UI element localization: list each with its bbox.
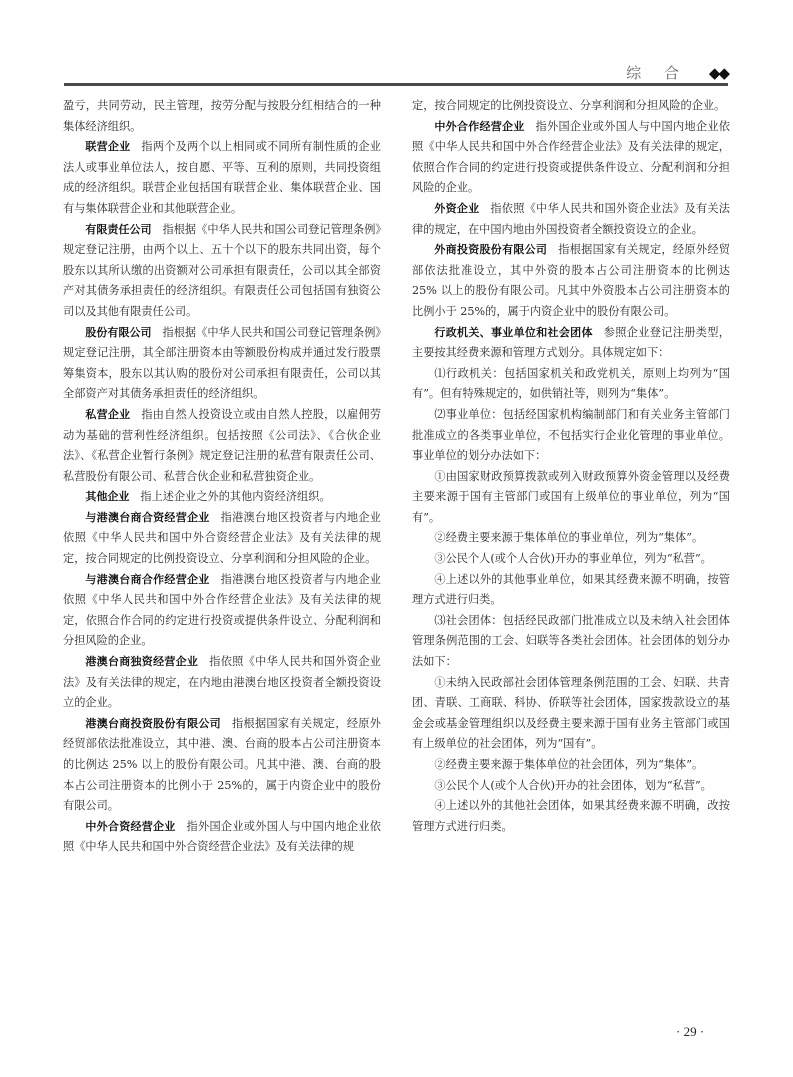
list-item: ②经费主要来源于集体单位的社会团体，列为“集体”。 xyxy=(412,755,730,776)
left-column: 盈亏，共同劳动，民主管理，按劳分配与按股分红相结合的一种集体经济组织。 联营企业… xyxy=(63,96,381,858)
term-heading: 港澳台商投资股份有限公司 xyxy=(85,717,221,730)
page-number: · 29 · xyxy=(676,1024,704,1040)
term-heading: 中外合资经营企业 xyxy=(85,820,175,833)
paragraph-text: 指根据《中华人民共和国公司登记管理条例》规定登记注册，由两个以上、五十个以下的股… xyxy=(63,223,381,318)
paragraph-text: 定，按合同规定的比例投资设立、分享利润和分担风险的企业。 xyxy=(412,99,725,112)
term-heading: 与港澳台商合作经营企业 xyxy=(85,573,209,586)
paragraph-text: ①由国家财政预算拨款或列入财政预算外资金管理以及经费主要来源于国有主管部门或国有… xyxy=(412,470,730,524)
paragraph: 有限责任公司指根据《中华人民共和国公司登记管理条例》规定登记注册，由两个以上、五… xyxy=(63,220,381,323)
paragraph-text: ③公民个人(或个人合伙)开办的社会团体，划为“私营”。 xyxy=(434,779,711,792)
paragraph-text: ③公民个人(或个人合伙)开办的事业单位，列为“私营”。 xyxy=(434,552,711,565)
paragraph: 股份有限公司指根据《中华人民共和国公司登记管理条例》规定登记注册，其全部注册资本… xyxy=(63,323,381,405)
paragraph: 定，按合同规定的比例投资设立、分享利润和分担风险的企业。 xyxy=(412,96,730,117)
list-item: ④上述以外的其他事业单位，如果其经费来源不明确，按管理方式进行归类。 xyxy=(412,570,730,611)
list-item: ①由国家财政预算拨款或列入财政预算外资金管理以及经费主要来源于国有主管部门或国有… xyxy=(412,467,730,529)
list-item: ⑵事业单位：包括经国家机构编制部门和有关业务主管部门批准成立的各类事业单位，不包… xyxy=(412,405,730,467)
paragraph-text: ⑵事业单位：包括经国家机构编制部门和有关业务主管部门批准成立的各类事业单位，不包… xyxy=(412,408,730,462)
list-item: ①未纳入民政部社会团体管理条例范围的工会、妇联、共青团、青联、工商联、科协、侨联… xyxy=(412,673,730,755)
paragraph: 行政机关、事业单位和社会团体参照企业登记注册类型，主要按其经费来源和管理方式划分… xyxy=(412,323,730,364)
term-heading: 私营企业 xyxy=(85,408,130,421)
list-item: ③公民个人(或个人合伙)开办的事业单位，列为“私营”。 xyxy=(412,549,730,570)
paragraph-text: ①未纳入民政部社会团体管理条例范围的工会、妇联、共青团、青联、工商联、科协、侨联… xyxy=(412,676,730,751)
paragraph-text: ④上述以外的其他事业单位，如果其经费来源不明确，按管理方式进行归类。 xyxy=(412,573,730,607)
paragraph: 外资企业指依照《中华人民共和国外资企业法》及有关法律的规定，在中国内地由外国投资… xyxy=(412,199,730,240)
running-header: 综 合 ◆◆ xyxy=(42,60,728,85)
term-heading: 中外合作经营企业 xyxy=(434,120,524,133)
term-heading: 股份有限公司 xyxy=(85,326,151,339)
section-title: 综 合 xyxy=(626,62,688,83)
term-heading: 其他企业 xyxy=(85,490,129,503)
paragraph: 联营企业指两个及两个以上相同或不同所有制性质的企业法人或事业单位法人，按自愿、平… xyxy=(63,137,381,219)
list-item: ⑶社会团体：包括经民政部门批准成立以及未纳入社会团体管理条例范围的工会、妇联等各… xyxy=(412,611,730,673)
list-item: ⑴行政机关：包括国家机关和政党机关，原则上均列为“国有”。但有特殊规定的，如供销… xyxy=(412,364,730,405)
paragraph-text: 盈亏，共同劳动，民主管理，按劳分配与按股分红相结合的一种集体经济组织。 xyxy=(63,99,381,133)
term-heading: 外商投资股份有限公司 xyxy=(434,243,547,256)
paragraph-text: 指上述企业之外的其他内资经济组织。 xyxy=(140,490,330,503)
term-heading: 外资企业 xyxy=(434,202,479,215)
paragraph-text: ⑶社会团体：包括经民政部门批准成立以及未纳入社会团体管理条例范围的工会、妇联等各… xyxy=(412,614,730,668)
diamond-ornament-icon: ◆◆ xyxy=(709,64,728,82)
paragraph: 港澳台商投资股份有限公司指根据国家有关规定，经原外经贸部依法批准设立，其中港、澳… xyxy=(63,714,381,817)
term-heading: 联营企业 xyxy=(85,140,130,153)
term-heading: 有限责任公司 xyxy=(85,223,151,236)
term-heading: 行政机关、事业单位和社会团体 xyxy=(434,326,592,339)
list-item: ③公民个人(或个人合伙)开办的社会团体，划为“私营”。 xyxy=(412,776,730,797)
term-heading: 与港澳台商合资经营企业 xyxy=(85,511,209,524)
paragraph-text: ②经费主要来源于集体单位的社会团体，列为“集体”。 xyxy=(434,758,703,771)
paragraph: 与港澳台商合作经营企业指港澳台地区投资者与内地企业依照《中华人民共和国中外合作经… xyxy=(63,570,381,652)
paragraph: 外商投资股份有限公司指根据国家有关规定，经原外经贸部依法批准设立，其中外资的股本… xyxy=(412,240,730,322)
paragraph: 港澳台商独资经营企业指依照《中华人民共和国外资企业法》及有关法律的规定，在内地由… xyxy=(63,652,381,714)
paragraph-text: ②经费主要来源于集体单位的事业单位，列为“集体”。 xyxy=(434,531,703,544)
paragraph-text: ④上述以外的其他社会团体，如果其经费来源不明确，改按管理方式进行归类。 xyxy=(412,799,730,833)
term-heading: 港澳台商独资经营企业 xyxy=(85,655,198,668)
paragraph: 盈亏，共同劳动，民主管理，按劳分配与按股分红相结合的一种集体经济组织。 xyxy=(63,96,381,137)
paragraph: 私营企业指由自然人投资设立或由自然人控股，以雇佣劳动为基础的营利性经济组织。包括… xyxy=(63,405,381,487)
paragraph: 中外合作经营企业指外国企业或外国人与中国内地企业依照《中华人民共和国中外合作经营… xyxy=(412,117,730,199)
right-column: 定，按合同规定的比例投资设立、分享利润和分担风险的企业。 中外合作经营企业指外国… xyxy=(412,96,730,837)
paragraph: 与港澳台商合资经营企业指港澳台地区投资者与内地企业依照《中华人民共和国中外合资经… xyxy=(63,508,381,570)
paragraph: 中外合资经营企业指外国企业或外国人与中国内地企业依照《中华人民共和国中外合资经营… xyxy=(63,817,381,858)
paragraph: 其他企业指上述企业之外的其他内资经济组织。 xyxy=(63,487,381,508)
header-rule xyxy=(64,83,728,86)
list-item: ②经费主要来源于集体单位的事业单位，列为“集体”。 xyxy=(412,528,730,549)
paragraph-text: ⑴行政机关：包括国家机关和政党机关，原则上均列为“国有”。但有特殊规定的，如供销… xyxy=(412,367,730,401)
list-item: ④上述以外的其他社会团体，如果其经费来源不明确，改按管理方式进行归类。 xyxy=(412,796,730,837)
paragraph-text: 指根据国家有关规定，经原外经贸部依法批准设立，其中港、澳、台商的股本占公司注册资… xyxy=(63,717,381,812)
